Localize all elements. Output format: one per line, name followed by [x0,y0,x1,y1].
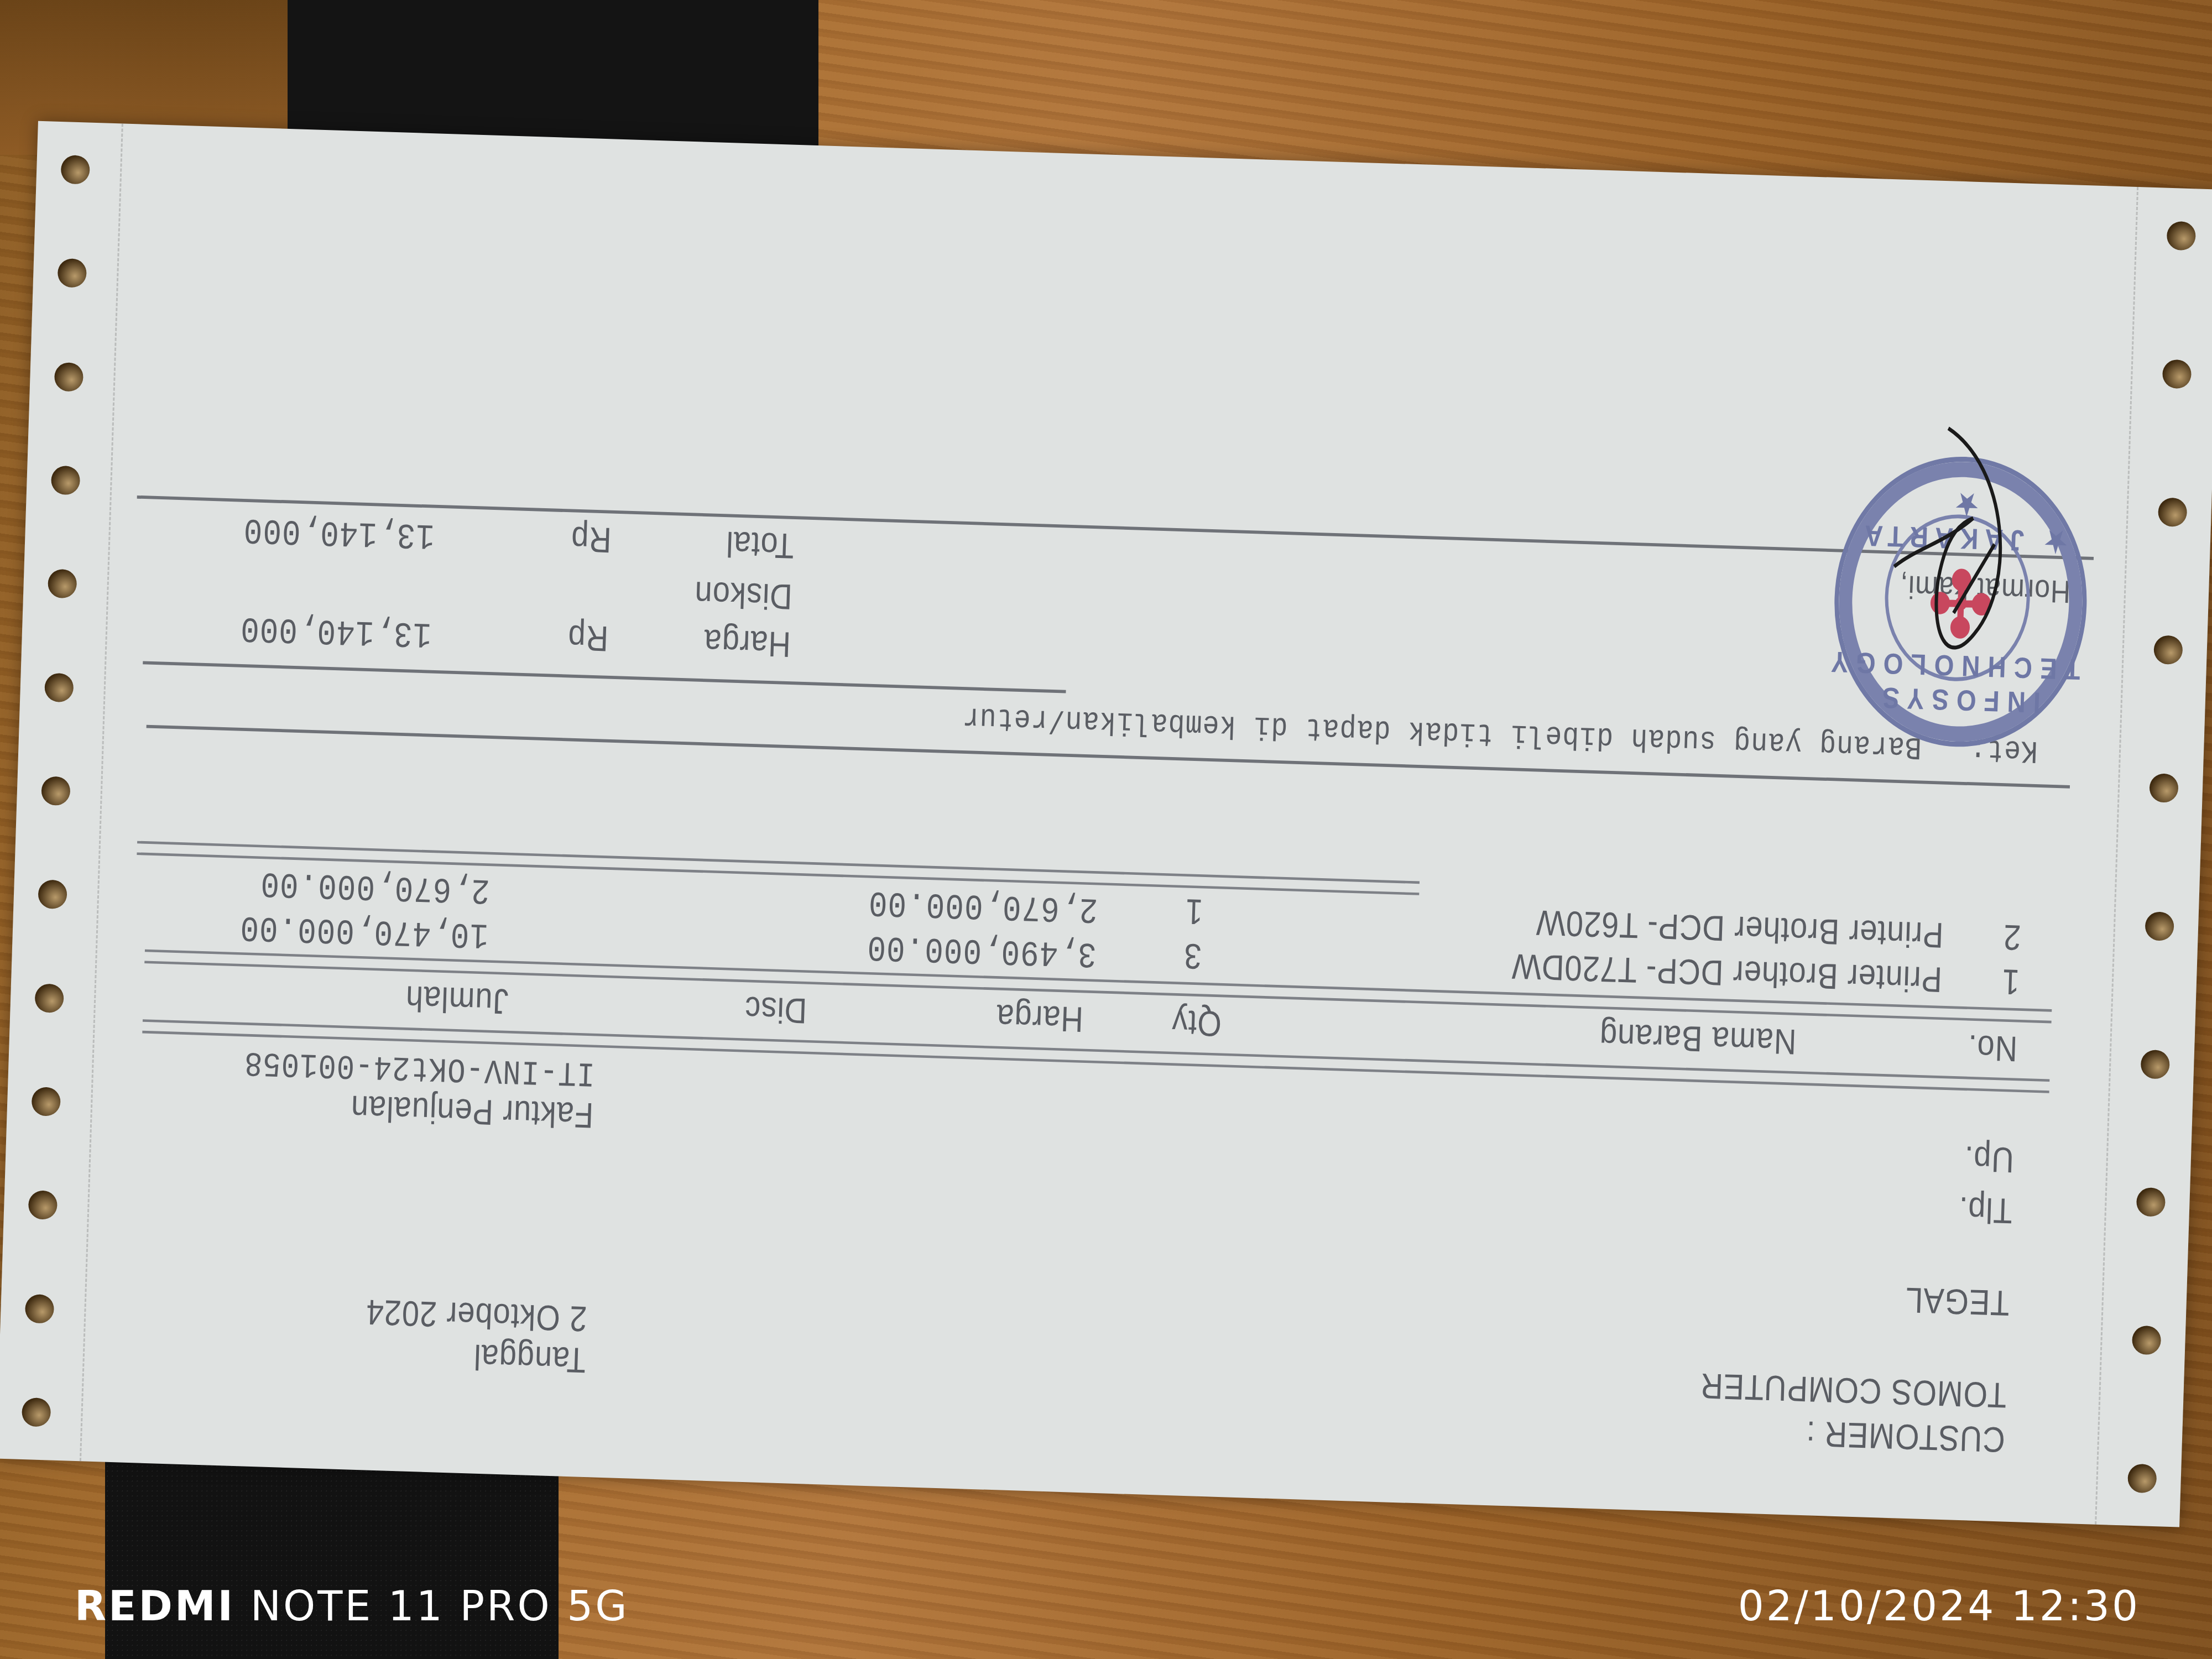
row-amount: 2,670,000.00 [259,863,490,911]
column-header-qty: Qty [1171,1002,1222,1045]
invoice-paper: CUSTOMER : TOMOS COMPUTER TEGAL Tlp. Up.… [0,121,2212,1527]
feed-hole [60,155,90,185]
feed-hole [25,1294,55,1324]
total-currency: Rp [570,519,612,561]
row-qty: 3 [1183,936,1202,978]
column-header-item: Nama Barang [1599,1015,1797,1063]
document-title: Faktur Penjualan [350,1088,594,1137]
tractor-holes-right [19,155,92,1427]
feed-hole [48,569,77,599]
subtotal-value: 13,140,000 [239,608,432,654]
signature [1856,400,2032,711]
feed-hole [2127,1464,2157,1494]
subtotal-currency: Rp [567,617,609,660]
table-row: 2 Printer Brother DCP- T620W 1 2,670,000… [114,1401,2065,1463]
notes-bottom-rule [143,661,1066,693]
camera-model: NOTE 11 PRO 5G [251,1583,629,1630]
feed-hole [58,258,87,288]
feed-hole [31,1087,61,1117]
feed-hole [2167,221,2197,251]
column-header-no: No. [1967,1027,2018,1070]
total-value: 13,140,000 [243,509,435,555]
date-value: 2 Oktober 2024 [365,1292,587,1340]
camera-model-watermark: REDMI NOTE 11 PRO 5G [75,1583,629,1630]
row-amount: 10,470,000.00 [239,906,489,955]
customer-city: TEGAL [1905,1280,2010,1324]
feed-hole [2140,1050,2170,1079]
row-no: 1 [2001,961,2020,1003]
feed-hole [2149,773,2179,803]
customer-name: TOMOS COMPUTER [1699,1365,2007,1416]
row-no: 2 [2002,917,2021,959]
table-row: 1 Printer Brother DCP- T720DW 3 3,490,00… [114,1401,2065,1463]
feed-hole [2132,1326,2162,1355]
discount-label: Diskon [693,573,792,618]
feed-hole [2145,911,2174,941]
invoice-content: CUSTOMER : TOMOS COMPUTER TEGAL Tlp. Up.… [114,0,2110,1463]
feed-hole [44,672,74,702]
customer-label: CUSTOMER : [1805,1413,2006,1461]
feed-hole [51,466,81,495]
camera-brand: REDMI [75,1583,235,1630]
column-header-disc: Disc [744,989,807,1032]
feed-hole [41,776,71,806]
up-label: Up. [1963,1138,2014,1181]
row-price: 3,490,000.00 [866,926,1097,974]
feed-hole [2136,1187,2166,1217]
photo-datetime-watermark: 02/10/2024 12:30 [1738,1583,2140,1630]
tractor-holes-left [2125,221,2198,1494]
feed-hole [28,1190,58,1220]
subtotal-label: Harga [703,622,791,666]
date-label: Tanggal [473,1337,586,1381]
feed-hole [22,1397,51,1427]
feed-hole [2162,359,2192,389]
row-qty: 1 [1185,891,1203,933]
feed-hole [34,983,64,1013]
tlp-label: Tlp. [1958,1189,2013,1232]
row-price: 2,670,000.00 [868,881,1098,930]
total-label: Total [725,524,795,567]
invoice-number: IT-INV-OKt24-001058 [243,1042,596,1092]
invoice-paper-rotated: CUSTOMER : TOMOS COMPUTER TEGAL Tlp. Up.… [0,104,2212,1544]
feed-hole [54,362,84,392]
feed-hole [2158,497,2188,527]
feed-hole [38,880,67,910]
feed-hole [2153,635,2183,665]
column-header-price: Harga [995,997,1084,1041]
column-header-amount: Jumlah [405,978,509,1022]
